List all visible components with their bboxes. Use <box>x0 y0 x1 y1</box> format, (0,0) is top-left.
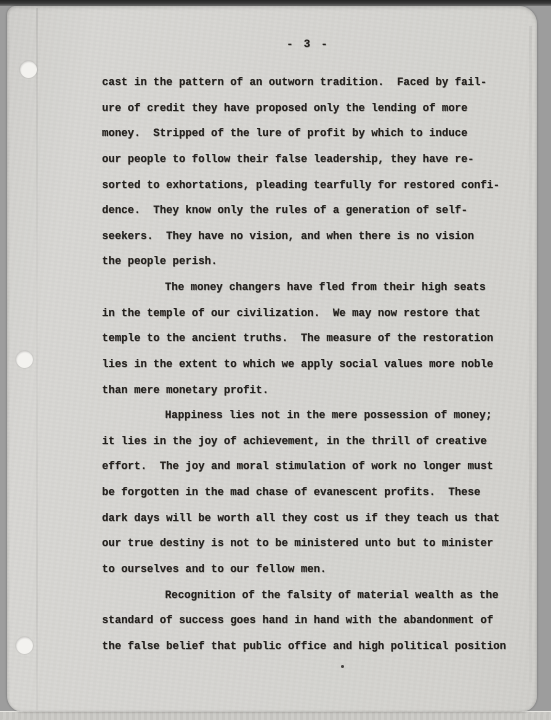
text-line: than mere monetary profit. <box>102 379 522 405</box>
text-line: Recognition of the falsity of material w… <box>102 584 522 610</box>
paper-crease <box>36 8 38 710</box>
text-line: our true destiny is not to be ministered… <box>102 532 522 558</box>
text-line: to ourselves and to our fellow men. <box>102 558 522 584</box>
punch-hole-top <box>20 61 37 78</box>
punch-hole-bottom <box>16 637 33 654</box>
text-line: temple to the ancient truths. The measur… <box>102 327 522 353</box>
text-line: dark days will be worth all they cost us… <box>102 507 522 533</box>
text-line: money. Stripped of the lure of profit by… <box>102 122 522 148</box>
text-line: be forgotten in the mad chase of evanesc… <box>102 481 522 507</box>
text-line: The money changers have fled from their … <box>102 276 522 302</box>
scan-edge-bottom <box>0 711 551 720</box>
text-line: dence. They know only the rules of a gen… <box>102 199 522 225</box>
text-line: sorted to exhortations, pleading tearful… <box>102 174 522 200</box>
scan-smudge <box>529 26 532 682</box>
typed-text-block: cast in the pattern of an outworn tradit… <box>102 71 522 660</box>
text-line: the false belief that public office and … <box>102 635 522 661</box>
document-page: - 3 - cast in the pattern of an outworn … <box>7 6 537 712</box>
ink-speck <box>341 665 344 668</box>
text-line: Happiness lies not in the mere possessio… <box>102 404 522 430</box>
text-line: in the temple of our civilization. We ma… <box>102 302 522 328</box>
text-line: it lies in the joy of achievement, in th… <box>102 430 522 456</box>
text-line: seekers. They have no vision, and when t… <box>102 225 522 251</box>
punch-hole-middle <box>16 351 33 368</box>
text-line: cast in the pattern of an outworn tradit… <box>102 71 522 97</box>
text-line: our people to follow their false leaders… <box>102 148 522 174</box>
text-line: lies in the extent to which we apply soc… <box>102 353 522 379</box>
page-number: - 3 - <box>102 39 514 51</box>
text-line: effort. The joy and moral stimulation of… <box>102 455 522 481</box>
text-line: ure of credit they have proposed only th… <box>102 97 522 123</box>
text-line: the people perish. <box>102 250 522 276</box>
text-line: standard of success goes hand in hand wi… <box>102 609 522 635</box>
